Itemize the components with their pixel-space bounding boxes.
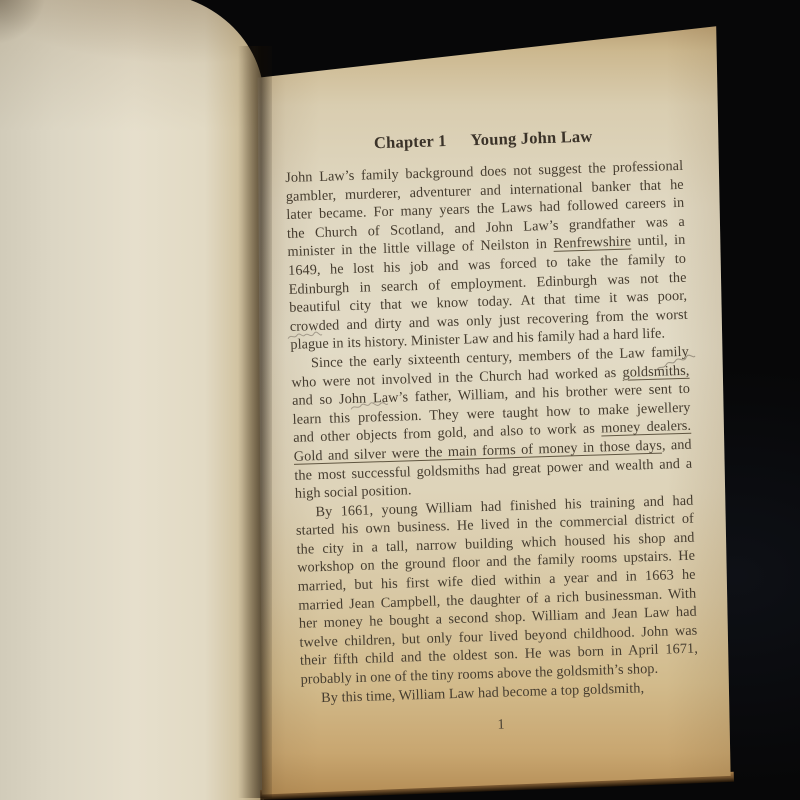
page-number: 1 [302,710,700,741]
pencil-annotation-left-margin [286,330,324,341]
right-book-page: Chapter 1 Young John Law John Law’s fami… [252,20,734,800]
left-blank-page [0,0,264,800]
chapter-heading: Chapter 1 Young John Law [284,124,682,156]
body-text: John Law’s family background does not su… [285,157,699,708]
page-text-layer: Chapter 1 Young John Law John Law’s fami… [284,124,700,741]
chapter-number: Chapter 1 [374,131,447,153]
chapter-title: Young John Law [470,127,593,151]
